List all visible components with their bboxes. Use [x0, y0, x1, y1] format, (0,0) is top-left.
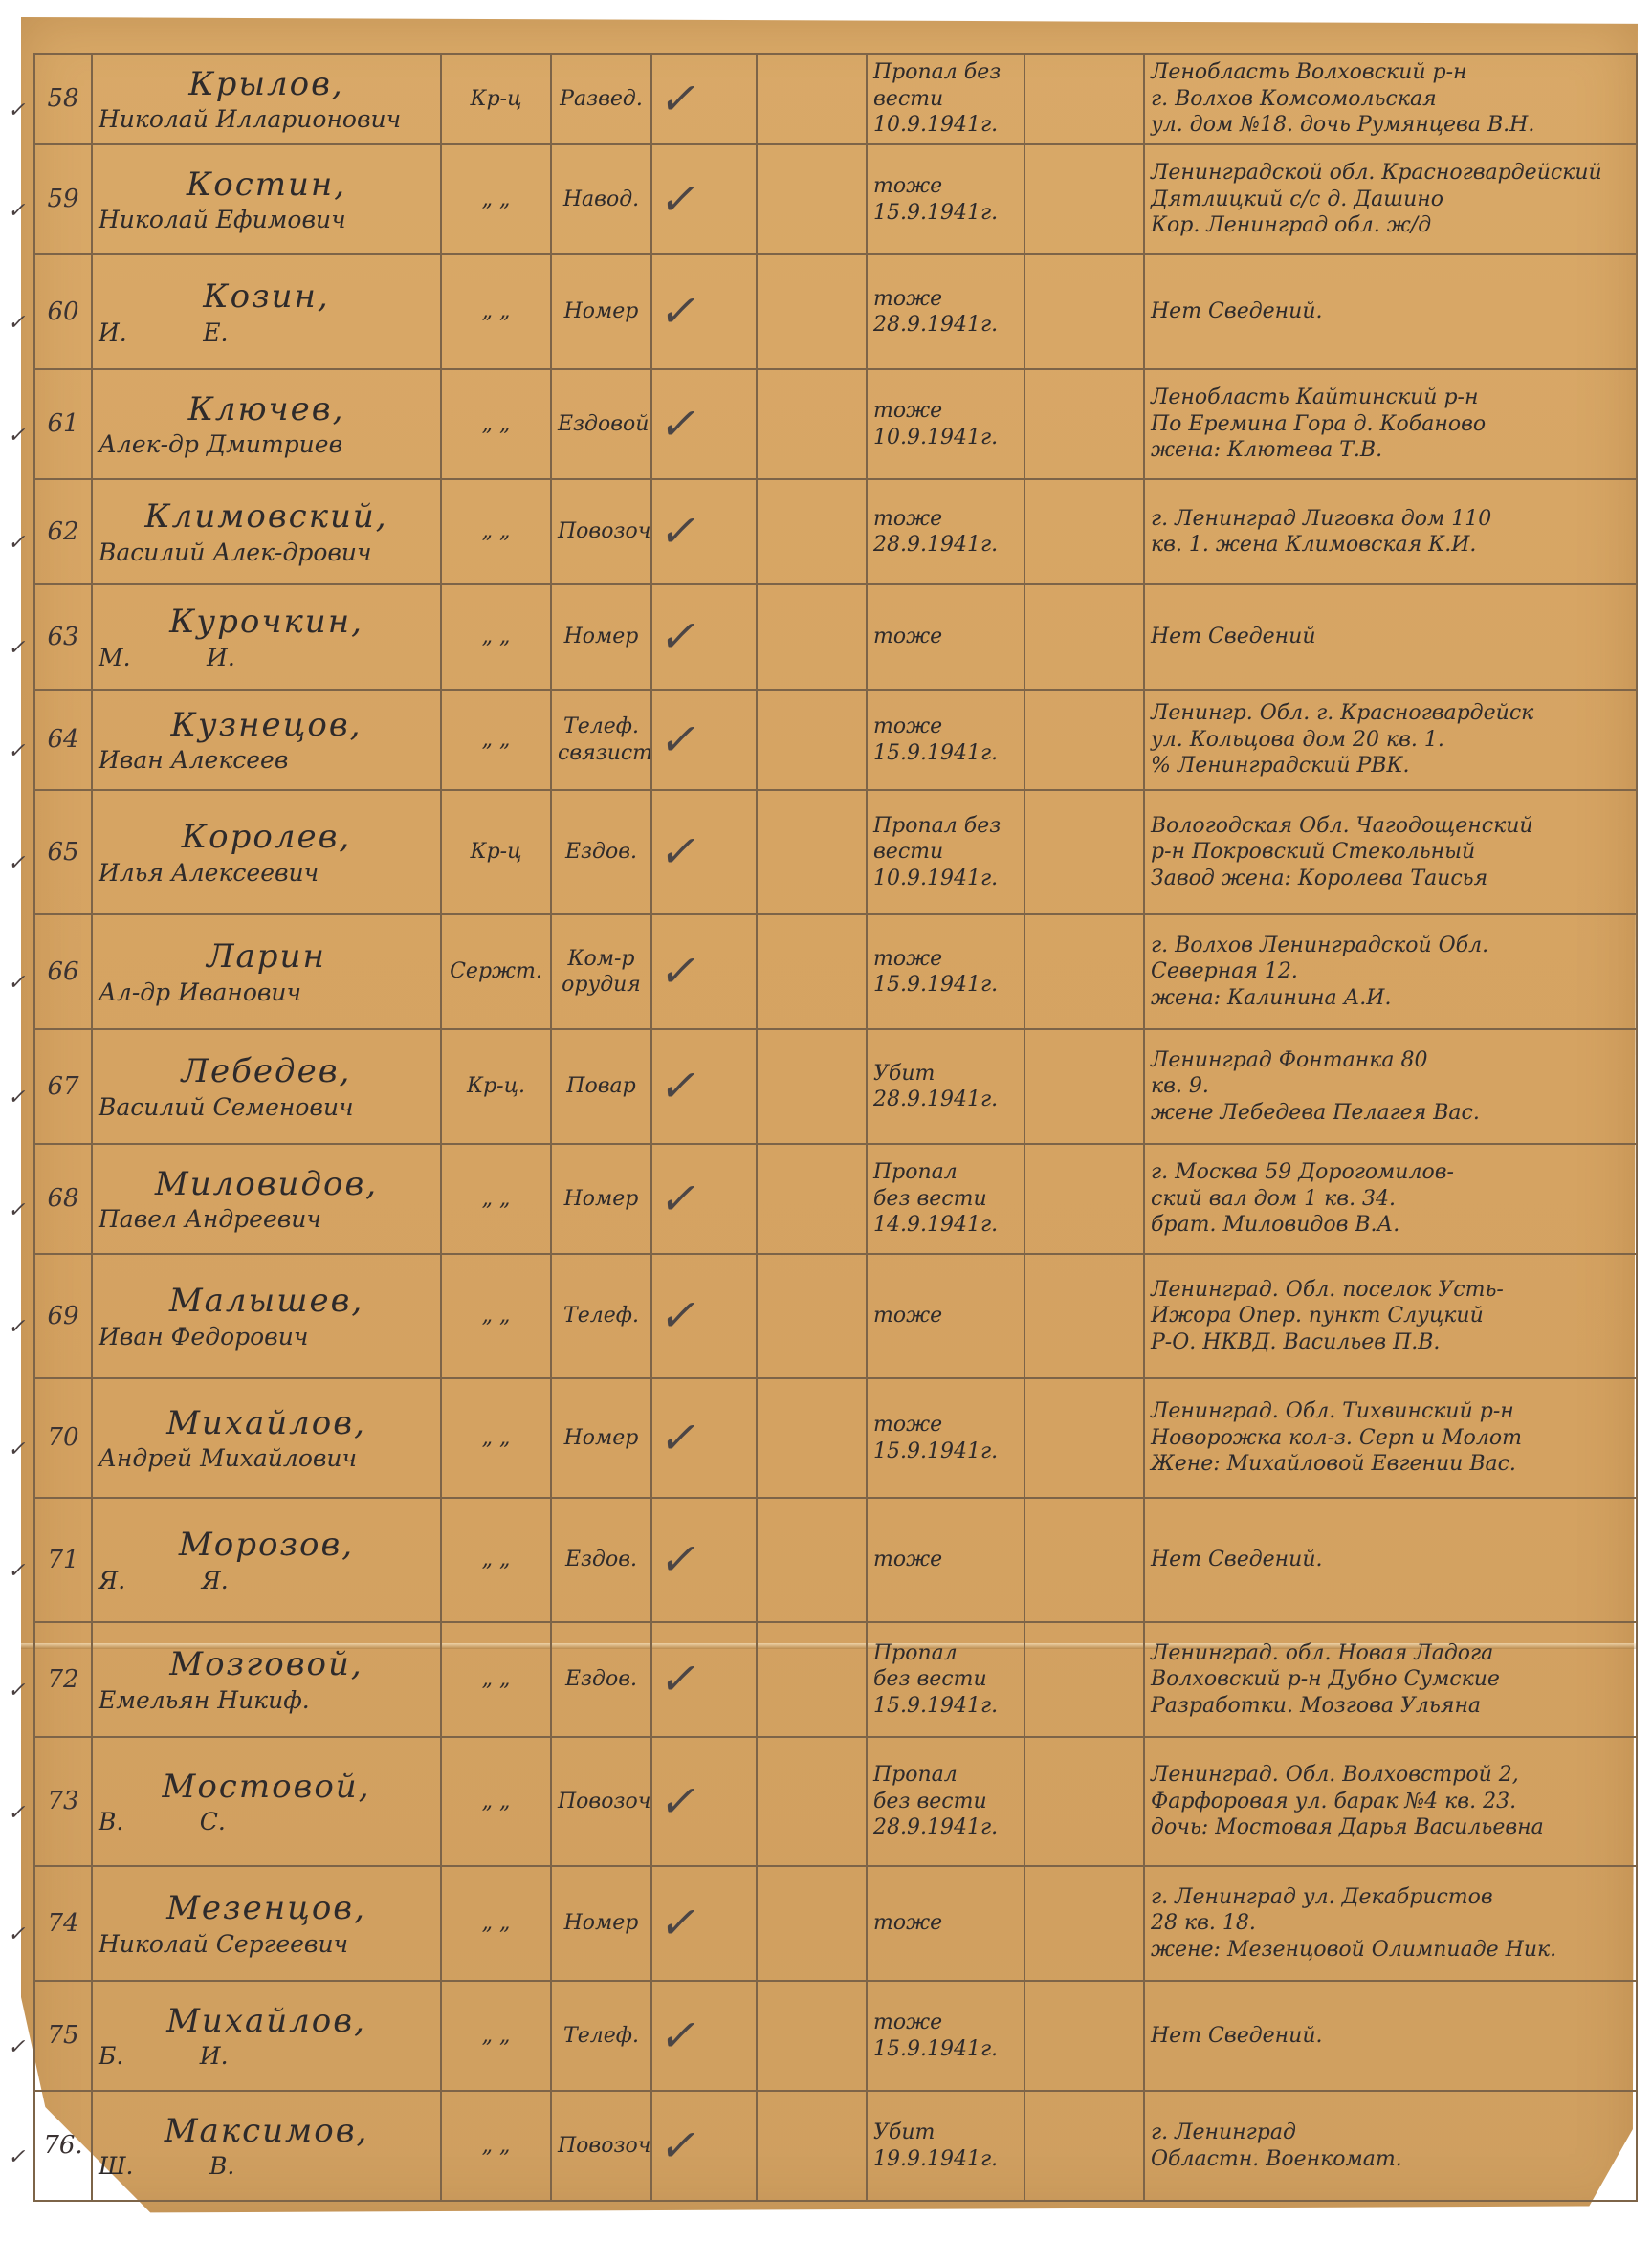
empty-cell — [1024, 1029, 1144, 1144]
check-mark-icon: ✓ — [651, 54, 757, 144]
given-names: Василий Алек-дрович — [99, 538, 434, 567]
check-mark-icon: ✓ — [651, 1029, 757, 1144]
address-line: По Еремина Гора д. Кобаново — [1151, 411, 1630, 438]
rank: „ „ — [441, 690, 551, 790]
empty-cell — [757, 1029, 867, 1144]
address-line: Ленинград. Обл. поселок Усть- — [1151, 1277, 1630, 1304]
table-row: 66ЛаринАл-др ИвановичСержт.Ком-р орудия✓… — [34, 914, 1637, 1029]
check-mark-icon: ✓ — [651, 1498, 757, 1622]
status-line: 28.9.1941г. — [873, 532, 1018, 559]
address-and-relatives: Нет Сведений. — [1144, 254, 1637, 369]
address-line: Ленинград Фонтанка 80 — [1151, 1047, 1630, 1074]
row-number: 64 — [34, 690, 92, 790]
position: Повозоч. — [551, 479, 651, 584]
status-line: вести — [873, 86, 1018, 113]
address-line: р-н Покровский Стекольный — [1151, 839, 1630, 866]
full-name: Мезенцов,Николай Сергеевич — [92, 1866, 441, 1981]
status-line: тоже — [873, 946, 1018, 973]
position: Повар — [551, 1029, 651, 1144]
position: Ком-р орудия — [551, 914, 651, 1029]
row-number: 74 — [34, 1866, 92, 1981]
full-name: Курочкин,М. И. — [92, 584, 441, 690]
surname: Морозов, — [99, 1525, 434, 1566]
status-and-date: тоже15.9.1941г. — [867, 1981, 1024, 2091]
status-line: 28.9.1941г. — [873, 1087, 1018, 1113]
empty-cell — [1024, 54, 1144, 144]
table-row: 68Миловидов,Павел Андреевич„ „Номер✓Проп… — [34, 1144, 1637, 1254]
address-line: Р-О. НКВД. Васильев П.В. — [1151, 1329, 1630, 1356]
address-line: жене: Мезенцовой Олимпиаде Ник. — [1151, 1937, 1630, 1964]
surname: Костин, — [99, 165, 434, 206]
margin-tick-icon: ✓ — [8, 1679, 25, 1703]
rank: „ „ — [441, 144, 551, 254]
full-name: Максимов,Ш. В. — [92, 2091, 441, 2201]
status-and-date: тоже — [867, 1498, 1024, 1622]
given-names: Илья Алексеевич — [99, 858, 434, 888]
status-and-date: тоже — [867, 1866, 1024, 1981]
address-line: Ленинград. обл. Новая Ладога — [1151, 1640, 1630, 1667]
table-row: 69Малышев,Иван Федорович„ „Телеф.✓тожеЛе… — [34, 1254, 1637, 1378]
status-line: 15.9.1941г. — [873, 1693, 1018, 1720]
address-and-relatives: г. Волхов Ленинградской Обл.Северная 12.… — [1144, 914, 1637, 1029]
surname: Мозговой, — [99, 1644, 434, 1685]
empty-cell — [1024, 2091, 1144, 2201]
rank: „ „ — [441, 1622, 551, 1737]
full-name: Костин,Николай Ефимович — [92, 144, 441, 254]
table-row: 62Климовский,Василий Алек-дрович„ „Повоз… — [34, 479, 1637, 584]
address-line: г. Москва 59 Дорогомилов- — [1151, 1159, 1630, 1186]
status-line: 10.9.1941г. — [873, 425, 1018, 451]
given-names: Андрей Михайлович — [99, 1443, 434, 1473]
empty-cell — [757, 1498, 867, 1622]
address-line: Дятлицкий с/с д. Дашино — [1151, 187, 1630, 213]
full-name: Мозговой,Емельян Никиф. — [92, 1622, 441, 1737]
margin-tick-icon: ✓ — [8, 1922, 25, 1946]
full-name: Кузнецов,Иван Алексеев — [92, 690, 441, 790]
address-line: Ижора Опер. пункт Слуцкий — [1151, 1303, 1630, 1329]
given-names: Ал-др Иванович — [99, 978, 434, 1007]
address-line: кв. 9. — [1151, 1073, 1630, 1100]
surname: Михайлов, — [99, 2001, 434, 2042]
status-line: Пропал — [873, 1159, 1018, 1186]
check-mark-icon: ✓ — [651, 1866, 757, 1981]
address-and-relatives: Ленобласть Волховский р-нг. Волхов Комсо… — [1144, 54, 1637, 144]
rank: Кр-ц — [441, 790, 551, 914]
given-names: Николай Ефимович — [99, 205, 434, 234]
position: Ездовой — [551, 369, 651, 479]
full-name: Климовский,Василий Алек-дрович — [92, 479, 441, 584]
empty-cell — [1024, 1254, 1144, 1378]
given-names: Василий Семенович — [99, 1092, 434, 1122]
address-and-relatives: г. Москва 59 Дорогомилов-ский вал дом 1 … — [1144, 1144, 1637, 1254]
full-name: Козин,И. Е. — [92, 254, 441, 369]
margin-tick-icon: ✓ — [8, 99, 25, 122]
rank: „ „ — [441, 1737, 551, 1866]
address-line: Нет Сведений. — [1151, 298, 1630, 325]
check-mark-icon: ✓ — [651, 144, 757, 254]
row-number: 76. — [34, 2091, 92, 2201]
status-line: 15.9.1941г. — [873, 972, 1018, 999]
margin-tick-icon: ✓ — [8, 1559, 25, 1583]
margin-tick-icon: ✓ — [8, 1801, 25, 1825]
address-and-relatives: г. Ленинград Лиговка дом 110кв. 1. жена … — [1144, 479, 1637, 584]
position: Номер — [551, 584, 651, 690]
address-and-relatives: Ленингр. Обл. г. Красногвардейскул. Коль… — [1144, 690, 1637, 790]
status-and-date: тоже15.9.1941г. — [867, 914, 1024, 1029]
status-line: Пропал — [873, 1762, 1018, 1789]
full-name: Миловидов,Павел Андреевич — [92, 1144, 441, 1254]
status-and-date: тоже15.9.1941г. — [867, 690, 1024, 790]
check-mark-icon: ✓ — [651, 1622, 757, 1737]
margin-tick-icon: ✓ — [8, 531, 25, 555]
given-names: Я. Я. — [99, 1566, 434, 1595]
status-line: 19.9.1941г. — [873, 2146, 1018, 2173]
empty-cell — [1024, 369, 1144, 479]
row-number: 59 — [34, 144, 92, 254]
full-name: Морозов,Я. Я. — [92, 1498, 441, 1622]
rank: „ „ — [441, 584, 551, 690]
check-mark-icon: ✓ — [651, 1254, 757, 1378]
status-line: тоже — [873, 624, 1018, 650]
check-mark-icon: ✓ — [651, 790, 757, 914]
surname: Мостовой, — [99, 1767, 434, 1808]
address-line: Северная 12. — [1151, 958, 1630, 985]
full-name: Ключев,Алек-др Дмитриев — [92, 369, 441, 479]
address-line: Новорожка кол-з. Серп и Молот — [1151, 1425, 1630, 1452]
address-line: г. Волхов Комсомольская — [1151, 86, 1630, 113]
address-line: Волховский р-н Дубно Сумские — [1151, 1666, 1630, 1693]
address-and-relatives: Нет Сведений. — [1144, 1981, 1637, 2091]
status-line: 10.9.1941г. — [873, 866, 1018, 892]
address-and-relatives: Ленинград. обл. Новая ЛадогаВолховский р… — [1144, 1622, 1637, 1737]
empty-cell — [1024, 1378, 1144, 1498]
empty-cell — [1024, 1981, 1144, 2091]
row-number: 63 — [34, 584, 92, 690]
empty-cell — [757, 54, 867, 144]
check-mark-icon: ✓ — [651, 479, 757, 584]
status-line: тоже — [873, 1910, 1018, 1937]
position: Развед. — [551, 54, 651, 144]
status-and-date: тоже28.9.1941г. — [867, 479, 1024, 584]
row-number: 62 — [34, 479, 92, 584]
row-number: 68 — [34, 1144, 92, 1254]
empty-cell — [757, 790, 867, 914]
given-names: Иван Алексеев — [99, 745, 434, 775]
status-line: 14.9.1941г. — [873, 1212, 1018, 1239]
check-mark-icon: ✓ — [651, 690, 757, 790]
table-row: 70Михайлов,Андрей Михайлович„ „Номер✓тож… — [34, 1378, 1637, 1498]
status-line: тоже — [873, 173, 1018, 200]
empty-cell — [1024, 1144, 1144, 1254]
given-names: М. И. — [99, 643, 434, 672]
check-mark-icon: ✓ — [651, 369, 757, 479]
address-line: жене Лебедева Пелагея Вас. — [1151, 1100, 1630, 1127]
rank: „ „ — [441, 1254, 551, 1378]
table-row: 64Кузнецов,Иван Алексеев„ „Телеф. связис… — [34, 690, 1637, 790]
address-line: Кор. Ленинград обл. ж/д — [1151, 212, 1630, 239]
status-and-date: тоже15.9.1941г. — [867, 1378, 1024, 1498]
status-line: 15.9.1941г. — [873, 200, 1018, 227]
empty-cell — [1024, 1737, 1144, 1866]
status-line: 15.9.1941г. — [873, 740, 1018, 767]
empty-cell — [757, 254, 867, 369]
empty-cell — [1024, 144, 1144, 254]
given-names: Павел Андреевич — [99, 1204, 434, 1234]
empty-cell — [1024, 790, 1144, 914]
table-row: 60Козин,И. Е.„ „Номер✓тоже28.9.1941г.Нет… — [34, 254, 1637, 369]
check-mark-icon: ✓ — [651, 1378, 757, 1498]
given-names: И. Е. — [99, 318, 434, 347]
status-line: вести — [873, 839, 1018, 866]
address-line: Разработки. Мозгова Ульяна — [1151, 1693, 1630, 1720]
margin-tick-icon: ✓ — [8, 1086, 25, 1110]
check-mark-icon: ✓ — [651, 254, 757, 369]
address-and-relatives: Ленобласть Кайтинский р-нПо Еремина Гора… — [1144, 369, 1637, 479]
status-line: Убит — [873, 1061, 1018, 1088]
address-line: жена: Калинина А.И. — [1151, 985, 1630, 1012]
surname: Крылов, — [99, 64, 434, 105]
status-line: без вести — [873, 1186, 1018, 1213]
address-line: жена: Клютева Т.В. — [1151, 437, 1630, 464]
address-line: Ленобласть Кайтинский р-н — [1151, 384, 1630, 411]
empty-cell — [757, 1144, 867, 1254]
empty-cell — [1024, 479, 1144, 584]
margin-tick-icon: ✓ — [8, 1315, 25, 1339]
full-name: Михайлов,Андрей Михайлович — [92, 1378, 441, 1498]
address-line: Ленинград. Обл. Волховстрой 2, — [1151, 1762, 1630, 1789]
empty-cell — [757, 1866, 867, 1981]
surname: Лебедев, — [99, 1051, 434, 1092]
row-number: 69 — [34, 1254, 92, 1378]
given-names: Николай Илларионович — [99, 104, 434, 134]
address-line: Завод жена: Королева Таисья — [1151, 866, 1630, 892]
empty-cell — [757, 914, 867, 1029]
given-names: Николай Сергеевич — [99, 1929, 434, 1959]
position: Ездов. — [551, 1622, 651, 1737]
status-and-date: тоже15.9.1941г. — [867, 144, 1024, 254]
address-line: Ленингр. Обл. г. Красногвардейск — [1151, 700, 1630, 727]
row-number: 75 — [34, 1981, 92, 2091]
status-line: 15.9.1941г. — [873, 2036, 1018, 2063]
status-and-date: Убит19.9.1941г. — [867, 2091, 1024, 2201]
address-line: Жене: Михайловой Евгении Вас. — [1151, 1451, 1630, 1478]
status-and-date: тоже10.9.1941г. — [867, 369, 1024, 479]
check-mark-icon: ✓ — [651, 1737, 757, 1866]
row-number: 61 — [34, 369, 92, 479]
address-line: Областн. Военкомат. — [1151, 2146, 1630, 2173]
address-and-relatives: г. ЛенинградОбластн. Военкомат. — [1144, 2091, 1637, 2201]
address-line: Нет Сведений. — [1151, 2023, 1630, 2050]
address-line: кв. 1. жена Климовская К.И. — [1151, 532, 1630, 559]
margin-tick-icon: ✓ — [8, 424, 25, 448]
margin-tick-icon: ✓ — [8, 636, 25, 660]
address-line: Ленинградской обл. Красногвардейский — [1151, 160, 1630, 187]
row-number: 72 — [34, 1622, 92, 1737]
surname: Козин, — [99, 276, 434, 318]
address-line: Ленобласть Волховский р-н — [1151, 59, 1630, 86]
empty-cell — [757, 2091, 867, 2201]
full-name: Крылов,Николай Илларионович — [92, 54, 441, 144]
check-mark-icon: ✓ — [651, 584, 757, 690]
rank: „ „ — [441, 1981, 551, 2091]
position: Номер — [551, 1866, 651, 1981]
address-line: г. Ленинград Лиговка дом 110 — [1151, 506, 1630, 533]
status-line: тоже — [873, 1303, 1018, 1329]
address-line: г. Ленинград — [1151, 2120, 1630, 2146]
full-name: Королев,Илья Алексеевич — [92, 790, 441, 914]
full-name: Михайлов,Б. И. — [92, 1981, 441, 2091]
full-name: Лебедев,Василий Семенович — [92, 1029, 441, 1144]
full-name: Малышев,Иван Федорович — [92, 1254, 441, 1378]
empty-cell — [757, 369, 867, 479]
status-line: тоже — [873, 1412, 1018, 1439]
empty-cell — [1024, 690, 1144, 790]
status-line: тоже — [873, 1547, 1018, 1573]
status-line: Убит — [873, 2120, 1018, 2146]
margin-tick-icon: ✓ — [8, 851, 25, 875]
status-and-date: Пропалбез вести14.9.1941г. — [867, 1144, 1024, 1254]
address-and-relatives: Ленинград. Обл. Волховстрой 2,Фарфоровая… — [1144, 1737, 1637, 1866]
status-line: тоже — [873, 286, 1018, 313]
position: Ездов. — [551, 1498, 651, 1622]
empty-cell — [1024, 1498, 1144, 1622]
position: Номер — [551, 254, 651, 369]
address-line: Нет Сведений — [1151, 624, 1630, 650]
rank: „ „ — [441, 1144, 551, 1254]
surname: Климовский, — [99, 496, 434, 538]
rank: „ „ — [441, 254, 551, 369]
surname: Кузнецов, — [99, 705, 434, 746]
status-and-date: тоже — [867, 584, 1024, 690]
empty-cell — [757, 1737, 867, 1866]
table-row: 73Мостовой,В. С.„ „Повозоч.✓Пропалбез ве… — [34, 1737, 1637, 1866]
empty-cell — [757, 1622, 867, 1737]
address-line: Вологодская Обл. Чагодощенский — [1151, 813, 1630, 840]
rank: Сержт. — [441, 914, 551, 1029]
margin-tick-icon: ✓ — [8, 2035, 25, 2059]
empty-cell — [1024, 914, 1144, 1029]
row-number: 60 — [34, 254, 92, 369]
status-line: Пропал без — [873, 813, 1018, 840]
address-line: ул. Кольцова дом 20 кв. 1. — [1151, 727, 1630, 754]
status-line: Пропал без — [873, 59, 1018, 86]
status-line: без вести — [873, 1789, 1018, 1815]
empty-cell — [1024, 254, 1144, 369]
table-row: 61Ключев,Алек-др Дмитриев„ „Ездовой✓тоже… — [34, 369, 1637, 479]
status-line: тоже — [873, 398, 1018, 425]
rank: „ „ — [441, 1378, 551, 1498]
address-line: дочь: Мостовая Дарья Васильевна — [1151, 1814, 1630, 1841]
rank: Кр-ц — [441, 54, 551, 144]
full-name: Мостовой,В. С. — [92, 1737, 441, 1866]
position: Номер — [551, 1144, 651, 1254]
address-and-relatives: Ленинград. Обл. Тихвинский р-нНоворожка … — [1144, 1378, 1637, 1498]
status-line: тоже — [873, 714, 1018, 740]
address-and-relatives: г. Ленинград ул. Декабристов28 кв. 18.же… — [1144, 1866, 1637, 1981]
status-line: без вести — [873, 1666, 1018, 1693]
status-and-date: Убит28.9.1941г. — [867, 1029, 1024, 1144]
status-line: 28.9.1941г. — [873, 312, 1018, 339]
margin-tick-icon: ✓ — [8, 1438, 25, 1461]
row-number: 65 — [34, 790, 92, 914]
check-mark-icon: ✓ — [651, 1981, 757, 2091]
address-line: Нет Сведений. — [1151, 1547, 1630, 1573]
given-names: Ш. В. — [99, 2151, 434, 2181]
status-line: 15.9.1941г. — [873, 1439, 1018, 1465]
status-and-date: тоже28.9.1941г. — [867, 254, 1024, 369]
row-number: 66 — [34, 914, 92, 1029]
position: Телеф. — [551, 1254, 651, 1378]
surname: Курочкин, — [99, 602, 434, 643]
rank: „ „ — [441, 1498, 551, 1622]
position: Повозоч. — [551, 2091, 651, 2201]
address-and-relatives: Нет Сведений. — [1144, 1498, 1637, 1622]
given-names: Иван Федорович — [99, 1322, 434, 1351]
address-line: ул. дом №18. дочь Румянцева В.Н. — [1151, 112, 1630, 139]
empty-cell — [757, 479, 867, 584]
empty-cell — [1024, 584, 1144, 690]
given-names: В. С. — [99, 1807, 434, 1836]
address-and-relatives: Ленинград. Обл. поселок Усть-Ижора Опер.… — [1144, 1254, 1637, 1378]
check-mark-icon: ✓ — [651, 1144, 757, 1254]
margin-tick-icon: ✓ — [8, 2145, 25, 2169]
surname: Максимов, — [99, 2111, 434, 2152]
margin-tick-icon: ✓ — [8, 1198, 25, 1222]
full-name: ЛаринАл-др Иванович — [92, 914, 441, 1029]
row-number: 70 — [34, 1378, 92, 1498]
row-number: 67 — [34, 1029, 92, 1144]
position: Телеф. — [551, 1981, 651, 2091]
address-line: г. Ленинград ул. Декабристов — [1151, 1884, 1630, 1911]
rank: Кр-ц. — [441, 1029, 551, 1144]
empty-cell — [757, 1254, 867, 1378]
surname: Малышев, — [99, 1281, 434, 1322]
position: Телеф. связист — [551, 690, 651, 790]
table-row: 58Крылов,Николай ИлларионовичКр-цРазвед.… — [34, 54, 1637, 144]
address-line: Фарфоровая ул. барак №4 кв. 23. — [1151, 1789, 1630, 1815]
empty-cell — [757, 690, 867, 790]
row-number: 58 — [34, 54, 92, 144]
table-row: 67Лебедев,Василий СеменовичКр-ц.Повар✓Уб… — [34, 1029, 1637, 1144]
personnel-ledger-table: 58Крылов,Николай ИлларионовичКр-цРазвед.… — [33, 53, 1638, 2202]
rank: „ „ — [441, 2091, 551, 2201]
empty-cell — [757, 1378, 867, 1498]
position: Повозоч. — [551, 1737, 651, 1866]
table-row: 74Мезенцов,Николай Сергеевич„ „Номер✓тож… — [34, 1866, 1637, 1981]
empty-cell — [757, 584, 867, 690]
margin-tick-icon: ✓ — [8, 971, 25, 995]
address-and-relatives: Вологодская Обл. Чагодощенскийр-н Покров… — [1144, 790, 1637, 914]
address-line: Ленинград. Обл. Тихвинский р-н — [1151, 1398, 1630, 1425]
address-and-relatives: Ленинград Фонтанка 80кв. 9.жене Лебедева… — [1144, 1029, 1637, 1144]
status-line: Пропал — [873, 1640, 1018, 1667]
empty-cell — [757, 144, 867, 254]
surname: Мезенцов, — [99, 1888, 434, 1929]
rank: „ „ — [441, 479, 551, 584]
position: Ездов. — [551, 790, 651, 914]
table-row: 59Костин,Николай Ефимович„ „Навод.✓тоже1… — [34, 144, 1637, 254]
empty-cell — [1024, 1622, 1144, 1737]
table-row: 72Мозговой,Емельян Никиф.„ „Ездов.✓Пропа… — [34, 1622, 1637, 1737]
table-row: 65Королев,Илья АлексеевичКр-цЕздов.✓Проп… — [34, 790, 1637, 914]
address-line: ский вал дом 1 кв. 34. — [1151, 1186, 1630, 1213]
surname: Ларин — [99, 936, 434, 978]
status-and-date: тоже — [867, 1254, 1024, 1378]
table-row: 75Михайлов,Б. И.„ „Телеф.✓тоже15.9.1941г… — [34, 1981, 1637, 2091]
surname: Ключев, — [99, 389, 434, 430]
table-row: 76.Максимов,Ш. В.„ „Повозоч.✓Убит19.9.19… — [34, 2091, 1637, 2201]
margin-tick-icon: ✓ — [8, 311, 25, 335]
